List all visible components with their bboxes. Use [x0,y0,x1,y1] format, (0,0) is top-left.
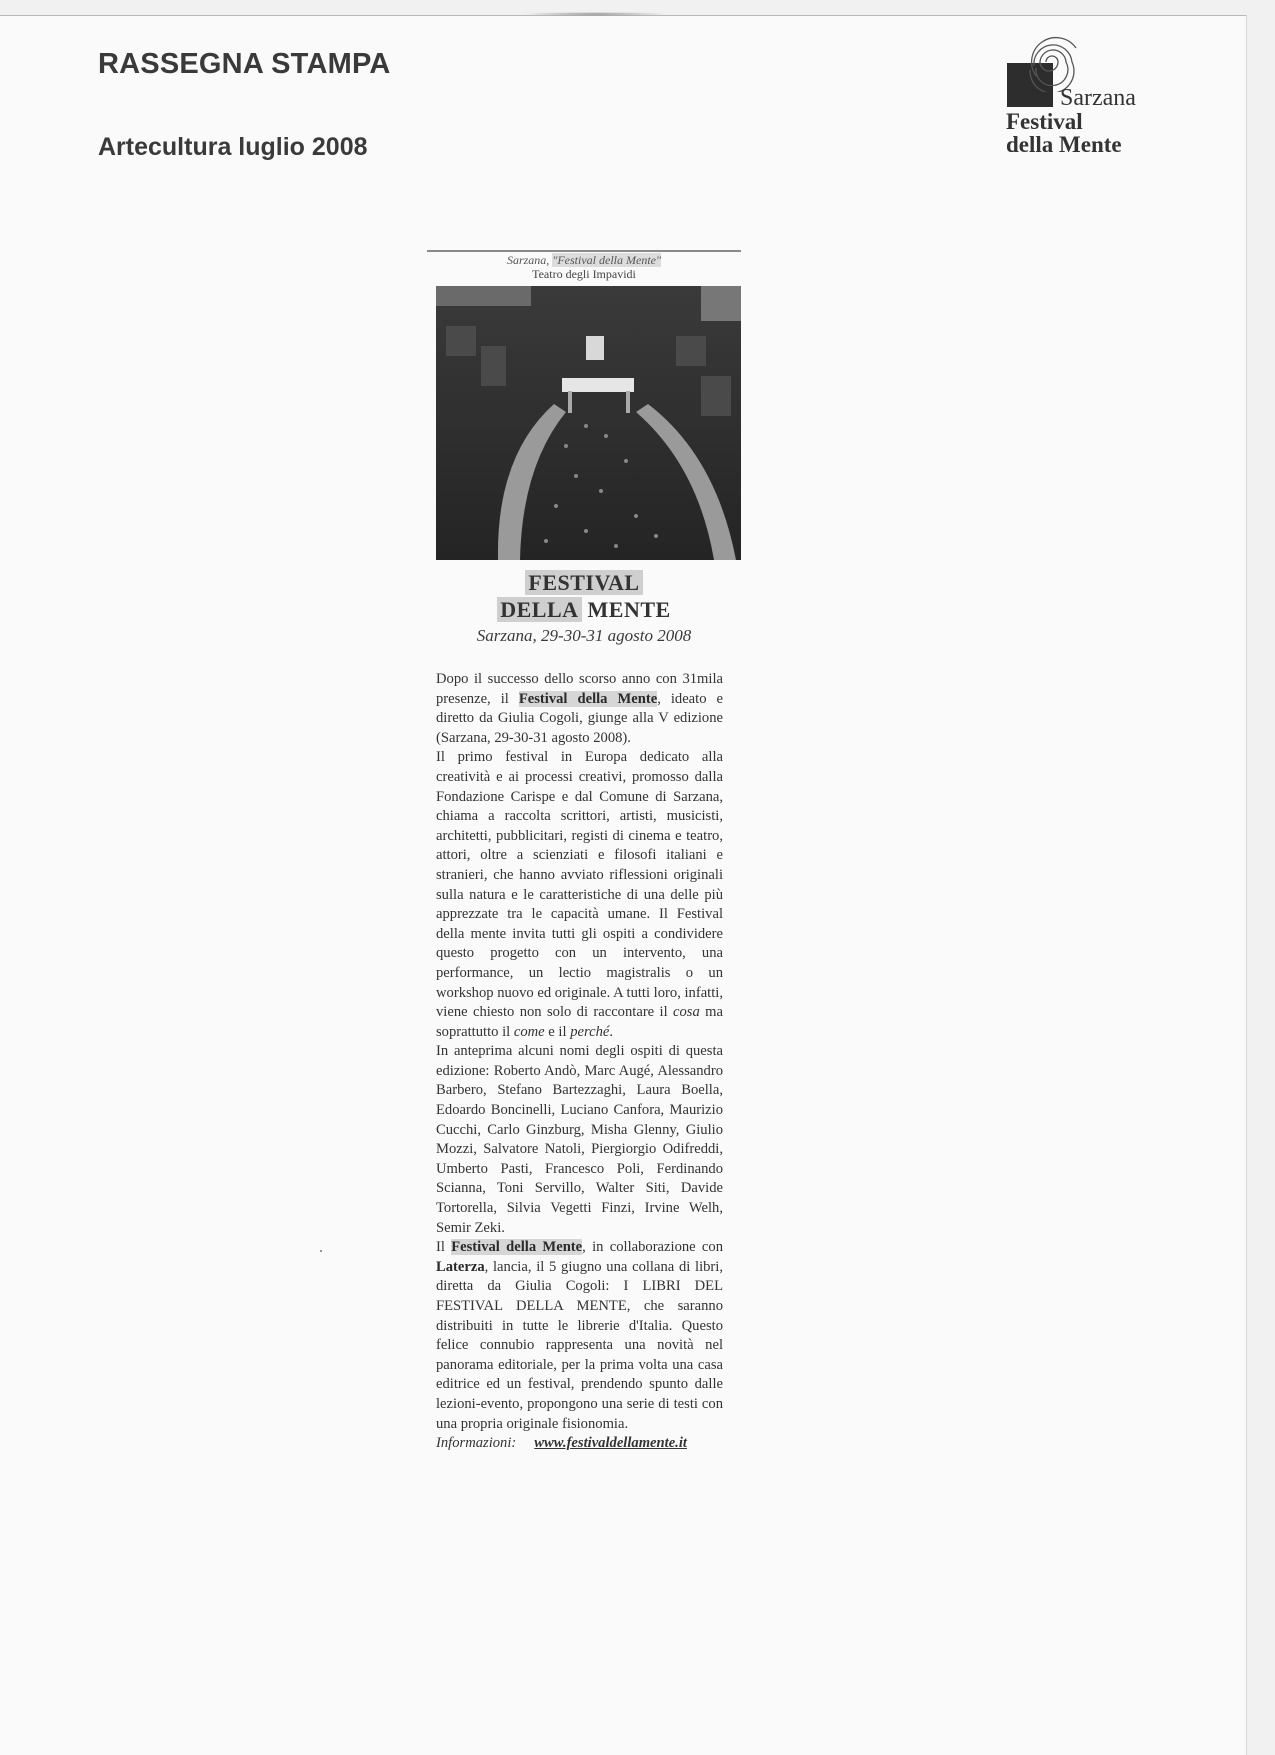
caption-venue: Teatro degli Impavidi [427,267,741,282]
article-body: Dopo il successo dello scorso anno con 3… [436,670,723,1454]
paragraph-guests: In anteprima alcuni nomi degli ospiti di… [436,1042,723,1238]
logo-text-della-mente: della Mente [1006,133,1122,156]
article-title-line2: DELLA MENTE [427,597,741,623]
paragraph-books: Il Festival della Mente, in collaborazio… [436,1238,723,1434]
caption-title: "Festival della Mente" [552,253,661,267]
festival-logo: Sarzana Festival della Mente [1006,32,1166,162]
paragraph-description: Il primo festival in Europa dedicato all… [436,748,723,1042]
page-title: RASSEGNA STAMPA [98,48,390,81]
theatre-image [436,286,741,560]
logo-text-sarzana: Sarzana [1060,86,1136,110]
logo-text-festival: Festival [1006,110,1083,133]
scan-artifact [520,12,670,16]
photo-caption: Sarzana, "Festival della Mente" [427,253,741,268]
info-label: Informazioni: [436,1435,516,1451]
info-line: Informazioni:www.festivaldellamente.it [436,1434,723,1454]
paragraph-intro: Dopo il successo dello scorso anno con 3… [436,670,723,748]
article-title-line1: FESTIVAL [427,570,741,596]
article-dateline: Sarzana, 29-30-31 agosto 2008 [427,626,741,646]
caption-place: Sarzana, [507,253,549,267]
festival-website-link[interactable]: www.festivaldellamente.it [534,1435,687,1451]
scan-speck [320,1250,322,1252]
publication-subtitle: Artecultura luglio 2008 [98,133,368,162]
logo-swirl-icon [1022,32,1082,92]
theatre-photo [436,286,741,560]
top-rule [427,250,741,252]
